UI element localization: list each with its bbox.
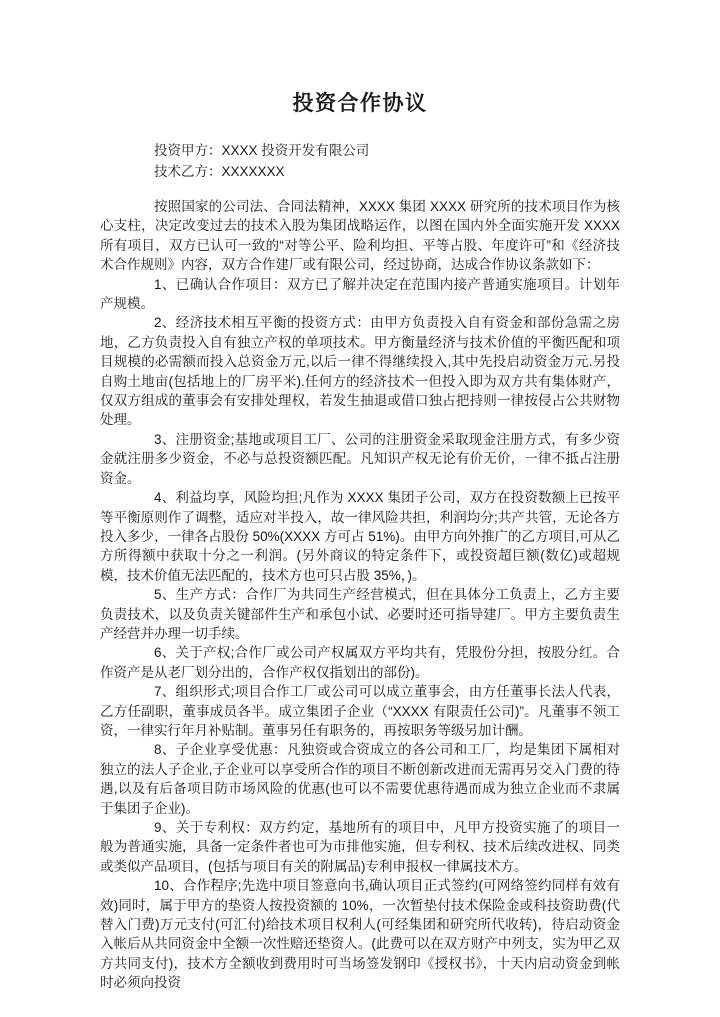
document-body: 按照国家的公司法、合同法精神，XXXX 集团 XXXX 研究所的技术项目作为核心… bbox=[100, 197, 620, 993]
document-title: 投资合作协议 bbox=[0, 0, 720, 118]
clause-1: 1、已确认合作项目：双方已了解并决定在范围内接产普通实施项目。计划年产规模。 bbox=[100, 275, 620, 314]
clause-9: 9、关于专利权：双方约定，基地所有的项目中，凡甲方投资实施了的项目一般为普通实施… bbox=[100, 818, 620, 876]
party-b-line: 技术乙方：XXXXXXX bbox=[154, 161, 620, 182]
clause-7: 7、组织形式;项目合作工厂或公司可以成立董事会，由方任董事长法人代表，乙方任副职… bbox=[100, 682, 620, 740]
clause-6: 6、关于产权;合作厂或公司产权属双方平均共有，凭股份分担，按股分红。合作资产是从… bbox=[100, 643, 620, 682]
clause-3: 3、注册资金;基地或项目工厂、公司的注册资金采取现金注册方式，有多少资金就注册多… bbox=[100, 430, 620, 488]
clause-10: 10、合作程序;先选中项目签意向书,确认项目正式签约(可网络签约同样有效有效)同… bbox=[100, 876, 620, 992]
parties-block: 投资甲方：XXXX 投资开发有限公司 技术乙方：XXXXXXX bbox=[100, 140, 620, 182]
paragraph-intro: 按照国家的公司法、合同法精神，XXXX 集团 XXXX 研究所的技术项目作为核心… bbox=[100, 197, 620, 275]
party-a-line: 投资甲方：XXXX 投资开发有限公司 bbox=[154, 140, 620, 161]
clause-8: 8、子企业享受优惠：凡独资或合资成立的各公司和工厂，均是集团下属相对独立的法人子… bbox=[100, 740, 620, 818]
document-page: 投资合作协议 投资甲方：XXXX 投资开发有限公司 技术乙方：XXXXXXX 按… bbox=[0, 0, 720, 1017]
clause-2: 2、经济技术相互平衡的投资方式：由甲方负责投入自有资金和部份急需之房地，乙方负责… bbox=[100, 313, 620, 429]
clause-4: 4、利益均享，风险均担;凡作为 XXXX 集团子公司，双方在投资数额上已按平等平… bbox=[100, 488, 620, 585]
clause-5: 5、生产方式：合作厂为共同生产经营模式，但在具体分工负责上，乙方主要负责技术，以… bbox=[100, 585, 620, 643]
